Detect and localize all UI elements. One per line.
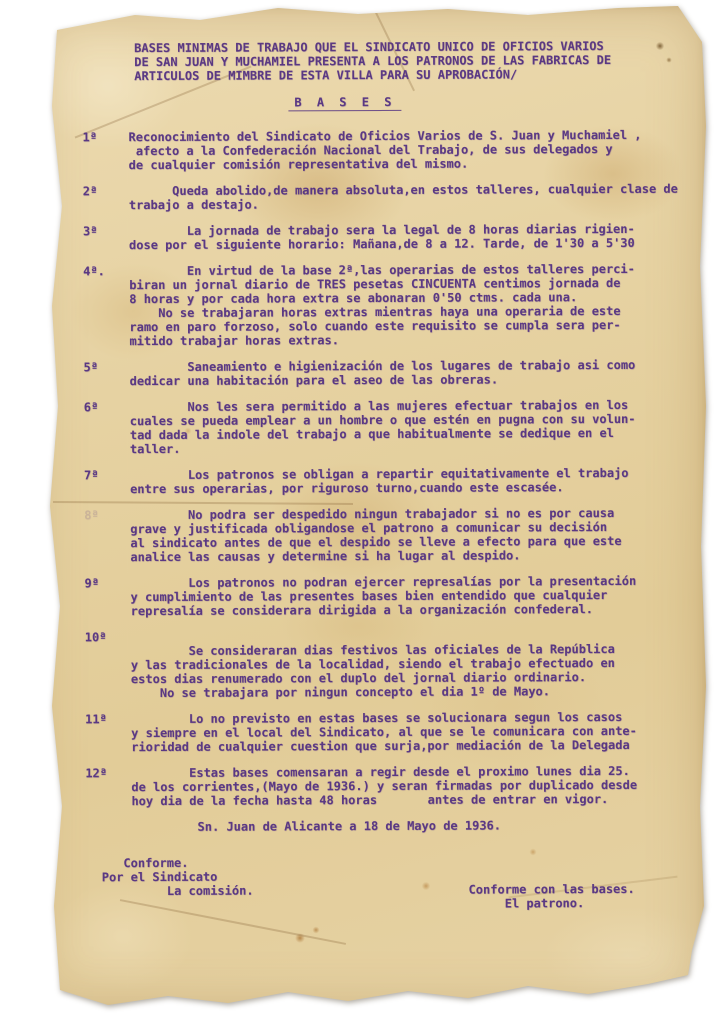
base-item: 6ª Nos les sera permitido a las mujeres … <box>84 398 680 457</box>
document-heading: BASES MINIMAS DE TRABAJO QUE EL SINDICAT… <box>134 39 678 83</box>
base-number: 1ª <box>83 130 129 172</box>
base-item: 10ª Se consideraran dias festivos las of… <box>85 628 681 701</box>
signature-row: Conforme. Por el Sindicato La comisión. … <box>86 854 682 913</box>
base-item: 8ª No podra ser despedido ningun trabaja… <box>84 506 680 565</box>
base-number: 10ª <box>85 630 131 700</box>
base-text: Lo no previsto en estas bases se solucio… <box>131 710 681 754</box>
base-item: 9ª Los patronos no podran ejercer repres… <box>84 574 680 619</box>
scan-background: { "colors": { "ink": "#54327f", "paper":… <box>0 0 720 1023</box>
base-number: 7ª <box>84 468 130 496</box>
base-text: Saneamiento e higienización de los lugar… <box>130 358 680 388</box>
aged-paper-sheet: BASES MINIMAS DE TRABAJO QUE EL SINDICAT… <box>28 6 706 1012</box>
base-number: 5ª <box>84 360 130 388</box>
base-item: 1ªReconocimiento del Sindicato de Oficio… <box>83 128 679 173</box>
base-text: La jornada de trabajo sera la legal de 8… <box>129 222 679 252</box>
base-number: 6ª <box>84 400 130 456</box>
base-number: 12ª <box>85 766 131 808</box>
base-number: 11ª <box>85 712 131 754</box>
signature-block-sindicato: Conforme. Por el Sindicato La comisión. <box>102 856 254 913</box>
base-text: Los patronos se obligan a repartir equit… <box>130 466 680 496</box>
base-number: 4ª. <box>83 264 129 348</box>
base-text: Reconocimiento del Sindicato de Oficios … <box>129 128 679 172</box>
base-item: 3ª La jornada de trabajo sera la legal d… <box>83 222 679 253</box>
section-title-bases: B A S E S <box>288 95 401 111</box>
base-number: 9ª <box>84 576 130 618</box>
base-item: 7ª Los patronos se obligan a repartir eq… <box>84 466 680 497</box>
base-text: No podra ser despedido ningun trabajador… <box>130 506 680 564</box>
base-text: Queda abolido,de manera absoluta,en esto… <box>129 182 679 212</box>
base-number: 2ª <box>83 184 129 212</box>
typewritten-content: BASES MINIMAS DE TRABAJO QUE EL SINDICAT… <box>82 33 682 913</box>
base-text: En virtud de la base 2ª,las operarias de… <box>129 262 679 348</box>
base-text: Se consideraran dias festivos las oficia… <box>131 628 681 700</box>
base-number: 8ª <box>84 508 130 564</box>
dateline: Sn. Juan de Alicante a 18 de Mayo de 193… <box>198 818 682 834</box>
base-number: 3ª <box>83 224 129 252</box>
base-item: 5ª Saneamiento e higienización de los lu… <box>84 358 680 389</box>
bases-list: 1ªReconocimiento del Sindicato de Oficio… <box>83 128 682 809</box>
base-text: Los patronos no podran ejercer represalí… <box>130 574 680 618</box>
base-item: 4ª. En virtud de la base 2ª,las operaria… <box>83 262 679 349</box>
base-text: Estas bases comensaran a regir desde el … <box>131 764 681 808</box>
signature-block-patrono: Conforme con las bases. El patrono. <box>469 882 635 911</box>
base-item: 12ª Estas bases comensaran a regir desde… <box>85 764 681 809</box>
base-item: 11ª Lo no previsto en estas bases se sol… <box>85 710 681 755</box>
base-text: Nos les sera permitido a las mujeres efe… <box>130 398 680 456</box>
document-page: BASES MINIMAS DE TRABAJO QUE EL SINDICAT… <box>28 6 706 1012</box>
base-item: 2ª Queda abolido,de manera absoluta,en e… <box>83 182 679 213</box>
